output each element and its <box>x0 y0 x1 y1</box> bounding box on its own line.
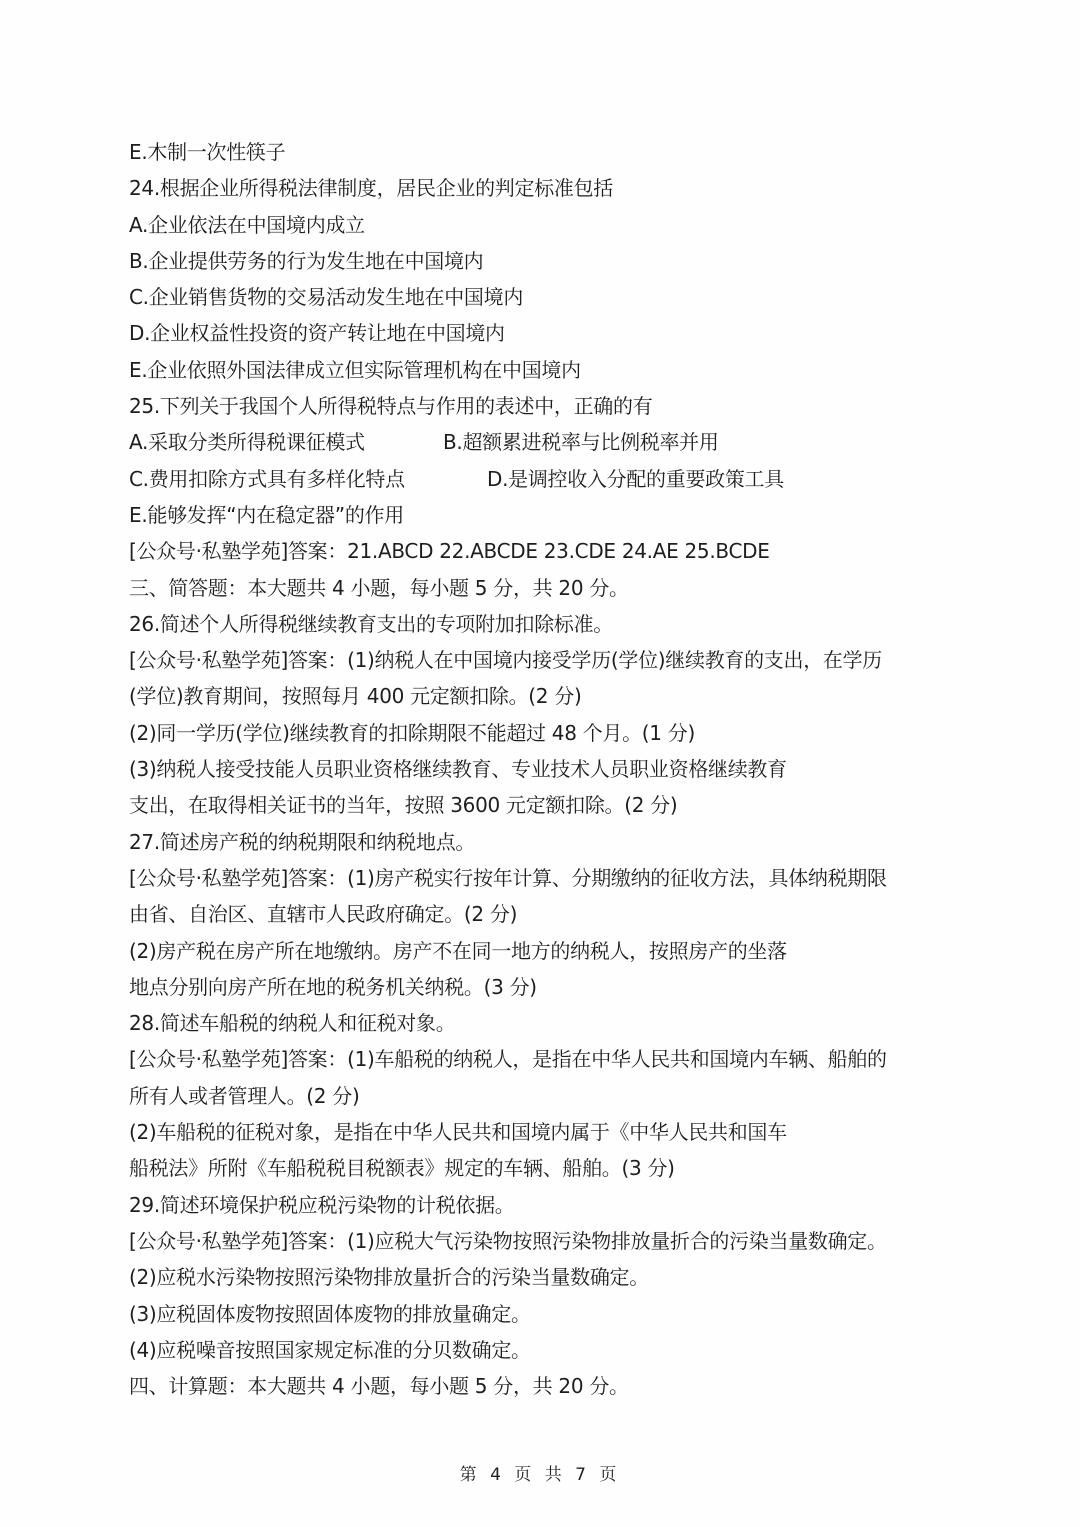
q27-answer-line: 由省、自治区、直辖市人民政府确定。(2 分) <box>129 896 969 932</box>
q29-answer-line: (2)应税水污染物按照污染物排放量折合的污染当量数确定。 <box>129 1259 969 1295</box>
q24-option-d: D.企业权益性投资的资产转让地在中国境内 <box>129 315 969 351</box>
q28-answer-line: (2)车船税的征税对象，是指在中华人民共和国境内属于《中华人民共和国车 <box>129 1114 969 1150</box>
section-3-title: 三、简答题：本大题共 4 小题，每小题 5 分，共 20 分。 <box>129 570 969 606</box>
q27-answer-line: (2)房产税在房产所在地缴纳。房产不在同一地方的纳税人，按照房产的坐落 <box>129 933 969 969</box>
q25-options-row-2: C.费用扣除方式具有多样化特点D.是调控收入分配的重要政策工具 <box>129 461 969 497</box>
q24-question: 24.根据企业所得税法律制度，居民企业的判定标准包括 <box>129 170 969 206</box>
q24-option-e: E.企业依照外国法律成立但实际管理机构在中国境内 <box>129 352 969 388</box>
q23-option-e: E.木制一次性筷子 <box>129 134 969 170</box>
q26-answer-line: (3)纳税人接受技能人员职业资格继续教育、专业技术人员职业资格继续教育 <box>129 751 969 787</box>
q26-answer-line: 支出，在取得相关证书的当年，按照 3600 元定额扣除。(2 分) <box>129 787 969 823</box>
q24-option-c: C.企业销售货物的交易活动发生地在中国境内 <box>129 279 969 315</box>
document-page: E.木制一次性筷子 24.根据企业所得税法律制度，居民企业的判定标准包括 A.企… <box>0 0 1080 1527</box>
q25-option-d: D.是调控收入分配的重要政策工具 <box>487 461 784 497</box>
q29-answer-line: [公众号·私塾学苑]答案：(1)应税大气污染物按照污染物排放量折合的污染当量数确… <box>129 1223 969 1259</box>
q28-answer-line: [公众号·私塾学苑]答案：(1)车船税的纳税人，是指在中华人民共和国境内车辆、船… <box>129 1041 969 1077</box>
q29-question: 29.简述环境保护税应税污染物的计税依据。 <box>129 1187 969 1223</box>
q25-option-e: E.能够发挥“内在稳定器”的作用 <box>129 497 969 533</box>
q27-question: 27.简述房产税的纳税期限和纳税地点。 <box>129 824 969 860</box>
page-number-footer: 第 4 页 共 7 页 <box>0 1460 1080 1485</box>
q25-options-row-1: A.采取分类所得税课征模式B.超额累进税率与比例税率并用 <box>129 424 969 460</box>
q29-answer-line: (4)应税噪音按照国家规定标准的分贝数确定。 <box>129 1332 969 1368</box>
q26-question: 26.简述个人所得税继续教育支出的专项附加扣除标准。 <box>129 606 969 642</box>
q28-answer-line: 船税法》所附《车船税税目税额表》规定的车辆、船舶。(3 分) <box>129 1150 969 1186</box>
q25-option-a: A.采取分类所得税课征模式 <box>129 424 443 460</box>
section-4-title: 四、计算题：本大题共 4 小题，每小题 5 分，共 20 分。 <box>129 1368 969 1404</box>
q25-option-c: C.费用扣除方式具有多样化特点 <box>129 461 487 497</box>
q26-answer-line: [公众号·私塾学苑]答案：(1)纳税人在中国境内接受学历(学位)继续教育的支出，… <box>129 642 969 678</box>
page-content: E.木制一次性筷子 24.根据企业所得税法律制度，居民企业的判定标准包括 A.企… <box>129 134 969 1404</box>
q25-option-b: B.超额累进税率与比例税率并用 <box>443 424 719 460</box>
q29-answer-line: (3)应税固体废物按照固体废物的排放量确定。 <box>129 1296 969 1332</box>
q28-answer-line: 所有人或者管理人。(2 分) <box>129 1078 969 1114</box>
answers-21-25: [公众号·私塾学苑]答案：21.ABCD 22.ABCDE 23.CDE 24.… <box>129 533 969 569</box>
q26-answer-line: (学位)教育期间，按照每月 400 元定额扣除。(2 分) <box>129 678 969 714</box>
q26-answer-line: (2)同一学历(学位)继续教育的扣除期限不能超过 48 个月。(1 分) <box>129 715 969 751</box>
q24-option-a: A.企业依法在中国境内成立 <box>129 207 969 243</box>
q27-answer-line: 地点分别向房产所在地的税务机关纳税。(3 分) <box>129 969 969 1005</box>
q28-question: 28.简述车船税的纳税人和征税对象。 <box>129 1005 969 1041</box>
q25-question: 25.下列关于我国个人所得税特点与作用的表述中，正确的有 <box>129 388 969 424</box>
q24-option-b: B.企业提供劳务的行为发生地在中国境内 <box>129 243 969 279</box>
q27-answer-line: [公众号·私塾学苑]答案：(1)房产税实行按年计算、分期缴纳的征收方法，具体纳税… <box>129 860 969 896</box>
